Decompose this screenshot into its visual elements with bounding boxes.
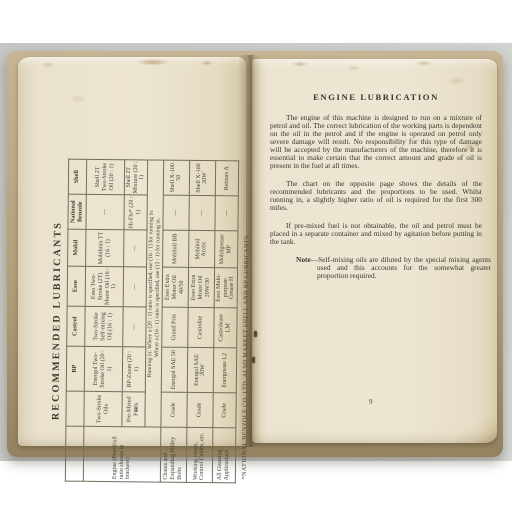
spine-shadow bbox=[238, 55, 262, 447]
header-blank-type bbox=[66, 391, 84, 426]
cell-working-joints-bp: Energol SAE 20W bbox=[187, 347, 213, 392]
cell-two-stroke-bp: Energol Two-Stroke Oil (20 : 1) bbox=[84, 346, 122, 391]
paragraph-1: The engine of this machine is designed t… bbox=[270, 114, 482, 170]
working-joints-row-label: Working Joints, Control Cables, etc. bbox=[186, 427, 213, 482]
engine-two-stroke-row: Engine (Petrol/oil ratio shown in bracke… bbox=[83, 159, 124, 481]
folded-corner bbox=[455, 415, 497, 443]
cell-two-stroke-mobil: Mobilmix TT (16 : 1) bbox=[86, 229, 124, 266]
cell-chains-esso: Esso Extra Motor Oil 40/50 bbox=[162, 267, 188, 307]
cell-chains-castrol: Grand Prix bbox=[162, 307, 188, 347]
paragraph-2: The chart on the opposite page shows the… bbox=[270, 180, 482, 212]
cell-working-joints-castrol: Castrolite bbox=[188, 307, 214, 347]
lubricants-chart-rotated: RECOMMENDED LUBRICANTS BP Castrol Esso M… bbox=[47, 159, 255, 483]
cell-two-stroke-esso: Esso Two-Stroke (2T) Motor Oil (16 : 1) bbox=[85, 266, 123, 306]
lubricants-chart-footprint: RECOMMENDED LUBRICANTS BP Castrol Esso M… bbox=[48, 161, 253, 483]
cell-pre-mixed-castrol: — bbox=[123, 307, 147, 347]
note-paragraph: Note—Self-mixing oils are diluted by the… bbox=[296, 256, 491, 280]
cell-two-stroke-national-benzole: — bbox=[86, 194, 124, 229]
cell-chains-type: Grade bbox=[161, 392, 187, 427]
cell-chains-mobil: Mobiloil BB bbox=[162, 230, 188, 267]
note-text: Self-mixing oils are diluted by the spec… bbox=[317, 255, 491, 280]
header-mobil: Mobil bbox=[68, 229, 86, 266]
right-page-text-block: ENGINE LUBRICATION The engine of this ma… bbox=[270, 92, 482, 290]
cell-two-stroke-castrol: Two-Stroke Self-mixing Oil (16 : 1) bbox=[85, 306, 123, 346]
working-joints-row: Working Joints, Control Cables, etc. Gra… bbox=[186, 160, 215, 482]
engine-row-label: Engine (Petrol/oil ratio shown in bracke… bbox=[83, 426, 160, 482]
cell-pre-mixed-mobil: — bbox=[124, 230, 148, 267]
cell-greasing-bp: Energrease L2 bbox=[213, 348, 237, 393]
paragraph-3: If pre-mixed fuel is not obtainable, the… bbox=[270, 222, 482, 246]
chains-row-label: Chains and Expanding Pulley Bolts bbox=[160, 427, 187, 482]
cell-greasing-esso: Esso Multi-purpose Grease H bbox=[214, 268, 238, 308]
cell-pre-mixed-esso: — bbox=[123, 267, 147, 307]
table-title: RECOMMENDED LUBRICANTS bbox=[50, 159, 64, 481]
cell-working-joints-mobil: Mobiloil Arctic bbox=[188, 230, 214, 267]
cell-working-joints-type: Grade bbox=[187, 392, 213, 427]
cell-greasing-mobil: Mobilgrease MP bbox=[214, 231, 238, 268]
note-label: Note bbox=[296, 255, 311, 264]
cell-chains-national-benzole: — bbox=[163, 195, 189, 230]
left-page-number: 8 bbox=[134, 406, 138, 414]
header-shell: Shell bbox=[68, 159, 86, 194]
page-heading: ENGINE LUBRICATION bbox=[270, 92, 482, 102]
header-esso: Esso bbox=[67, 266, 85, 306]
cell-greasing-national-benzole: — bbox=[215, 196, 239, 231]
cell-two-stroke-shell: Shell 2T Two-Stroke Oil (20 : 1) bbox=[86, 159, 124, 194]
cell-working-joints-shell: Shell X-100 20W bbox=[189, 160, 215, 195]
chains-row: Chains and Expanding Pulley Bolts Grade … bbox=[160, 160, 189, 482]
cell-working-joints-national-benzole: — bbox=[189, 195, 215, 230]
right-page-number: 9 bbox=[369, 398, 373, 406]
cell-two-stroke-type: Two-Stroke Oils bbox=[84, 391, 122, 426]
staple bbox=[254, 331, 257, 337]
staple bbox=[252, 357, 255, 363]
left-page: RECOMMENDED LUBRICANTS BP Castrol Esso M… bbox=[18, 57, 246, 446]
cell-pre-mixed-national-benzole: Hi-Flo* (20 : 1) bbox=[124, 195, 148, 230]
cell-greasing-castrol: Castrolease LM bbox=[214, 308, 238, 348]
header-national-benzole: National Benzole bbox=[68, 194, 86, 229]
lubricants-table: BP Castrol Esso Mobil National Benzole S… bbox=[65, 159, 239, 484]
header-castrol: Castrol bbox=[67, 306, 85, 346]
header-bp: BP bbox=[66, 346, 84, 391]
cell-greasing-shell: Retinax A bbox=[215, 161, 239, 196]
cell-pre-mixed-shell: Shell 2T Mixture (20 : 1) bbox=[124, 160, 148, 195]
cell-chains-bp: Energol SAE 50 bbox=[161, 347, 187, 392]
cell-greasing-type: Grade bbox=[213, 393, 237, 428]
cell-chains-shell: Shell X-100 50 bbox=[163, 160, 189, 195]
photo-of-open-booklet: RECOMMENDED LUBRICANTS BP Castrol Esso M… bbox=[0, 0, 512, 512]
greasing-row: All Greasing Applications Grade Energrea… bbox=[212, 161, 239, 483]
cell-working-joints-esso: Esso Extra Motor Oil 20W/30 bbox=[188, 267, 214, 307]
cell-pre-mixed-bp: BP-Zoom (20 : 1) bbox=[122, 347, 146, 392]
header-blank-label bbox=[65, 426, 84, 481]
greasing-row-label: All Greasing Applications bbox=[212, 428, 236, 483]
